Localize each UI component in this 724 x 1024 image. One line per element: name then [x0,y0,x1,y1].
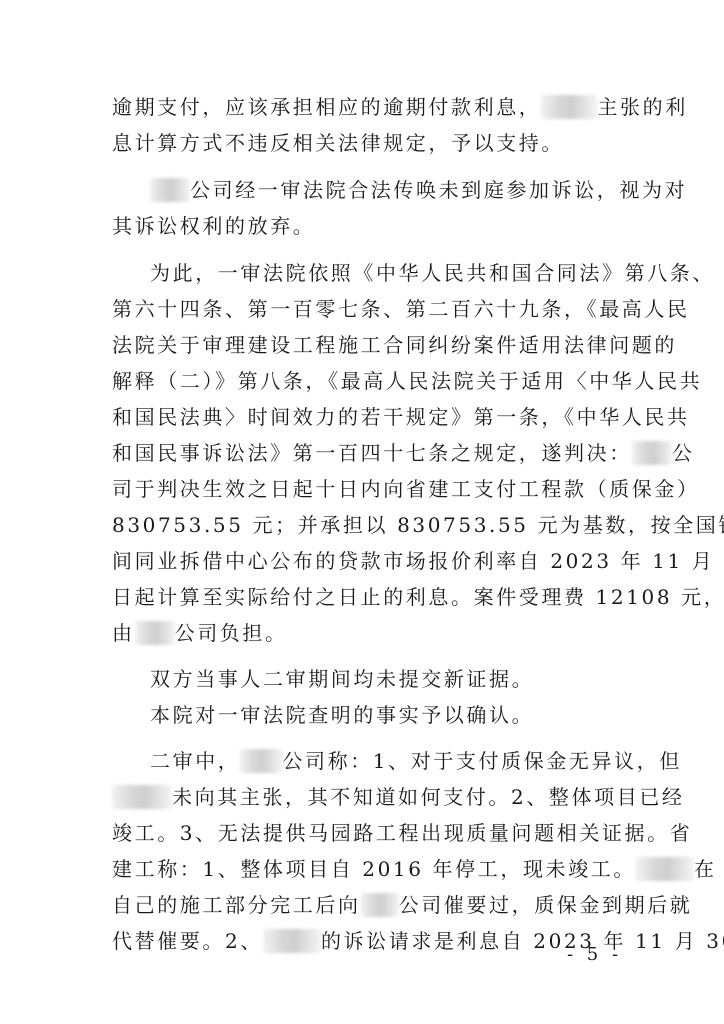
text-line: 二审中，公司称：1、对于支付质保金无异议，但 [150,746,612,776]
redacted-name [112,785,172,809]
redacted-name [263,929,321,953]
text-segment: 二审中， [150,749,240,773]
text-line: 未向其主张，其不知道如何支付。2、整体项目已经 [112,782,612,812]
text-line: 法院关于审理建设工程施工合同纠纷案件适用法律问题的 [112,330,612,360]
text-line: 双方当事人二审期间均未提交新证据。 [150,664,612,694]
redacted-name [135,621,175,645]
text-segment: 由 [112,621,135,645]
redacted-name [541,95,597,119]
document-page: 逾期支付，应该承担相应的逾期付款利息，主张的利息计算方式不违反相关法律规定，予以… [0,0,724,1024]
text-line: 830753.55 元；并承担以 830753.55 元为基数，按全国银行 [112,510,612,540]
text-line: 其诉讼权利的放弃。 [112,211,612,241]
text-line: 代替催要。2、的诉讼请求是利息自 2023 年 11 月 30 [112,926,612,956]
text-segment: 的诉讼请求是利息自 2023 年 11 月 30 [321,929,724,953]
text-line: 息计算方式不违反相关法律规定，予以支持。 [112,128,612,158]
text-line: 和国民法典〉时间效力的若干规定》第一条，《中华人民共 [112,402,612,432]
text-segment: 未向其主张，其不知道如何支付。2、整体项目已经 [172,785,685,809]
redacted-name [632,441,672,465]
text-line: 自己的施工部分完工后向公司催要过，质保金到期后就 [112,890,612,920]
text-line: 竣工。3、无法提供马园路工程出现质量问题相关证据。省 [112,818,612,848]
text-segment: 公 [672,441,695,465]
text-line: 司于判决生效之日起十日内向省建工支付工程款（质保金） [112,474,612,504]
text-line: 为此，一审法院依照《中华人民共和国合同法》第八条、 [150,258,612,288]
text-segment: 建工称：1、整体项目自 2016 年停工，现未竣工。 [112,857,636,881]
text-segment: 和国民事诉讼法》第一百四十七条之规定，遂判决： [112,441,632,465]
text-line: 逾期支付，应该承担相应的逾期付款利息，主张的利 [112,92,612,122]
redacted-name [636,857,694,881]
text-segment: 公司催要过，质保金到期后就 [399,893,693,917]
text-line: 解释（二）》第八条，《最高人民法院关于适用〈中华人民共 [112,366,612,396]
text-segment: 逾期支付，应该承担相应的逾期付款利息， [112,95,541,119]
text-segment: 主张的利 [597,95,687,119]
text-segment: 代替催要。2、 [112,929,263,953]
text-segment: 在 [694,857,717,881]
text-segment: 自己的施工部分完工后向 [112,893,361,917]
text-segment: 公司经一审法院合法传唤未到庭参加诉讼，视为对 [190,178,687,202]
text-segment: 公司称：1、对于支付质保金无异议，但 [282,749,682,773]
text-line: 本院对一审法院查明的事实予以确认。 [150,700,612,730]
text-line: 第六十四条、第一百零七条、第二百六十九条，《最高人民 [112,294,612,324]
redacted-name [240,749,282,773]
text-segment: 公司负担。 [175,621,288,645]
redacted-name [150,178,190,202]
text-line: 由公司负担。 [112,618,612,648]
text-line: 日起计算至实际给付之日止的利息。案件受理费 12108 元， [112,582,612,612]
text-line: 公司经一审法院合法传唤未到庭参加诉讼，视为对 [150,175,612,205]
redacted-name [361,893,399,917]
text-line: 建工称：1、整体项目自 2016 年停工，现未竣工。在 [112,854,612,884]
text-line: 和国民事诉讼法》第一百四十七条之规定，遂判决：公 [112,438,612,468]
page-number: - 5 - [567,944,622,965]
text-line: 间同业拆借中心公布的贷款市场报价利率自 2023 年 11 月 30 [112,546,612,576]
